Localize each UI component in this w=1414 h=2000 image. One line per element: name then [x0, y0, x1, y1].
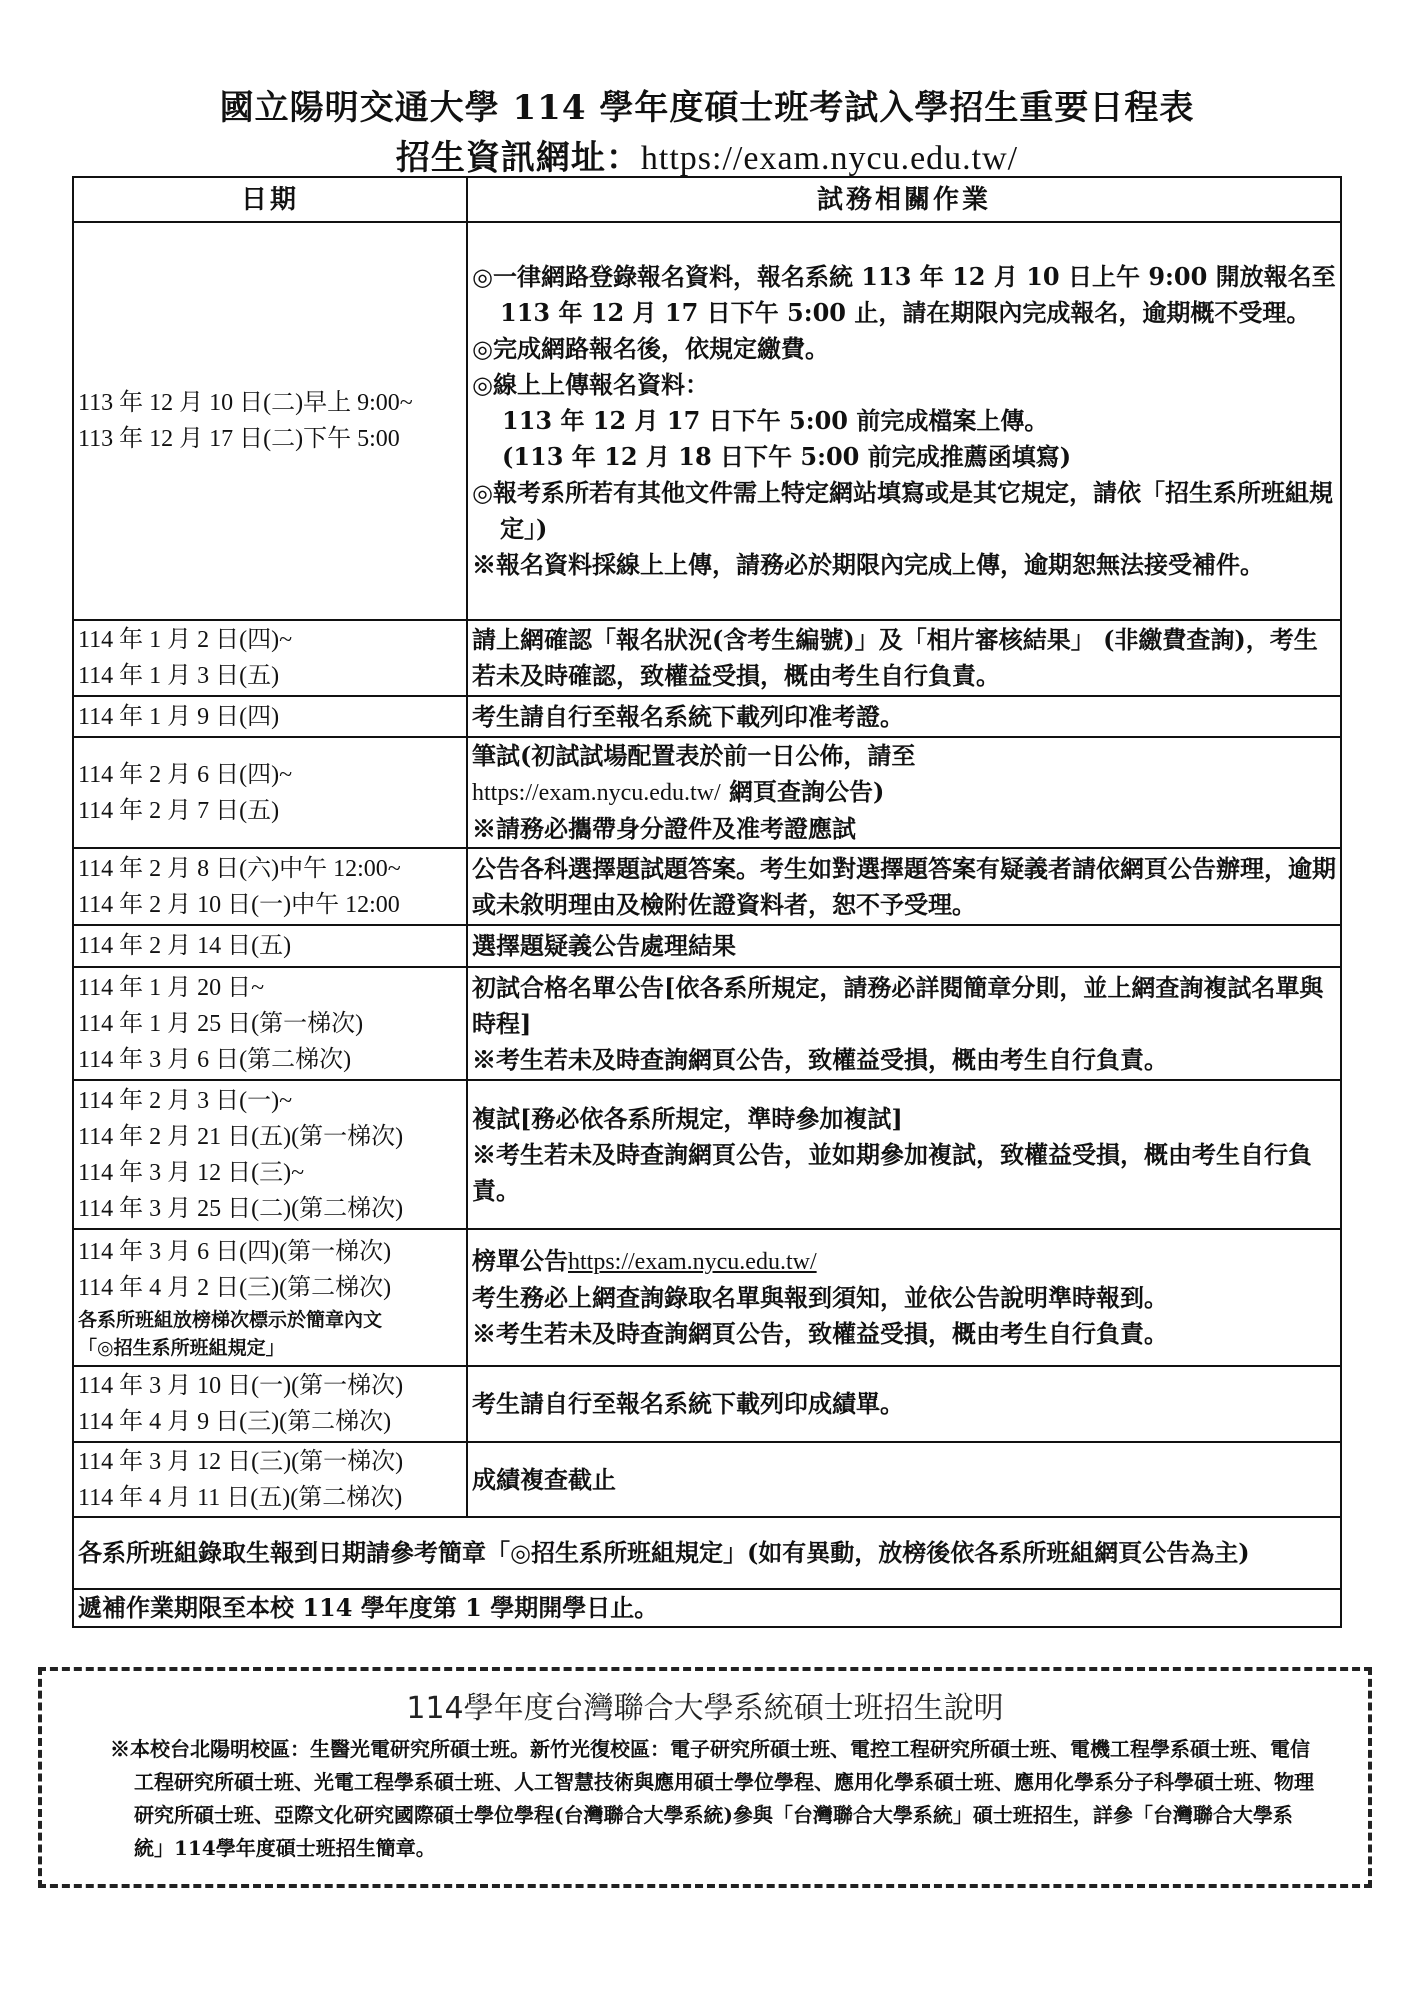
date-line: 114 年 1 月 3 日(五) — [78, 658, 462, 694]
date-cell: 113 年 12 月 10 日(二)早上 9:00~ 113 年 12 月 17… — [73, 222, 467, 620]
task-line: 考生請自行至報名系統下載列印准考證。 — [472, 699, 1336, 735]
task-line: 考生請自行至報名系統下載列印成績單。 — [472, 1386, 1336, 1422]
task-line: 網頁查詢公告) — [721, 777, 885, 806]
table-row: 114 年 2 月 6 日(四)~ 114 年 2 月 7 日(五) 筆試(初試… — [73, 737, 1341, 848]
subtitle-label: 招生資訊網址： — [396, 138, 641, 178]
task-cell: 榜單公告https://exam.nycu.edu.tw/ 考生務必上網查詢錄取… — [467, 1229, 1341, 1366]
date-line: 114 年 1 月 25 日(第一梯次) — [78, 1006, 462, 1042]
notice-title: 114學年度台灣聯合大學系統碩士班招生說明 — [42, 1683, 1368, 1727]
date-cell: 114 年 3 月 6 日(四)(第一梯次) 114 年 4 月 2 日(三)(… — [73, 1229, 467, 1366]
task-line: ◎線上上傳報名資料： — [472, 367, 1336, 403]
task-cell: 請上網確認「報名狀況(含考生編號)」及「相片審核結果」 (非繳費查詢)，考生若未… — [467, 620, 1341, 696]
date-line: 114 年 3 月 6 日(第二梯次) — [78, 1042, 462, 1078]
date-cell: 114 年 2 月 14 日(五) — [73, 925, 467, 967]
date-line: 114 年 2 月 7 日(五) — [78, 793, 462, 829]
date-cell: 114 年 2 月 3 日(一)~ 114 年 2 月 21 日(五)(第一梯次… — [73, 1080, 467, 1229]
task-line: 複試[務必依各系所規定，準時參加複試] — [472, 1101, 1336, 1137]
date-note: 「◎招生系所班組規定」 — [78, 1334, 462, 1362]
task-line: ※報名資料採線上上傳，請務必於期限內完成上傳，逾期恕無法接受補件。 — [472, 547, 1336, 583]
task-line: 初試合格名單公告[依各系所規定，請務必詳閱簡章分則，並上網查詢複試名單與時程] — [472, 970, 1336, 1042]
task-cell: 筆試(初試試場配置表於前一日公佈，請至 https://exam.nycu.ed… — [467, 737, 1341, 848]
task-line: 113 年 12 月 17 日下午 5:00 前完成檔案上傳。 — [472, 403, 1336, 439]
table-row: 114 年 3 月 10 日(一)(第一梯次) 114 年 4 月 9 日(三)… — [73, 1366, 1341, 1442]
task-cell: 複試[務必依各系所規定，準時參加複試] ※考生若未及時查詢網頁公告，並如期參加複… — [467, 1080, 1341, 1229]
task-line: ※考生若未及時查詢網頁公告，致權益受損，概由考生自行負責。 — [472, 1316, 1336, 1352]
table-row: 114 年 3 月 12 日(三)(第一梯次) 114 年 4 月 11 日(五… — [73, 1442, 1341, 1517]
task-line: 考生務必上網查詢錄取名單與報到須知，並依公告說明準時報到。 — [472, 1280, 1336, 1316]
date-note: 各系所班組放榜梯次標示於簡章內文 — [78, 1306, 462, 1334]
date-line: 114 年 3 月 12 日(三)(第一梯次) — [78, 1444, 462, 1480]
task-line: ※考生若未及時查詢網頁公告，並如期參加複試，致權益受損，概由考生自行負責。 — [472, 1137, 1336, 1209]
notice-body: ※本校台北陽明校區：生醫光電研究所碩士班。新竹光復校區：電子研究所碩士班、電控工… — [110, 1733, 1320, 1865]
task-cell: 考生請自行至報名系統下載列印准考證。 — [467, 696, 1341, 737]
column-header-tasks: 試務相關作業 — [467, 177, 1341, 222]
table-row: 遞補作業期限至本校 114 學年度第 1 學期開學日止。 — [73, 1589, 1341, 1627]
date-line: 114 年 1 月 20 日~ — [78, 970, 462, 1006]
date-cell: 114 年 1 月 2 日(四)~ 114 年 1 月 3 日(五) — [73, 620, 467, 696]
date-cell: 114 年 2 月 8 日(六)中午 12:00~ 114 年 2 月 10 日… — [73, 848, 467, 925]
admissions-url[interactable]: https://exam.nycu.edu.tw/ — [641, 140, 1018, 177]
table-row: 113 年 12 月 10 日(二)早上 9:00~ 113 年 12 月 17… — [73, 222, 1341, 620]
task-line: 榜單公告 — [472, 1246, 568, 1275]
schedule-table: 日期 試務相關作業 113 年 12 月 10 日(二)早上 9:00~ 113… — [72, 176, 1342, 1628]
date-line: 114 年 2 月 21 日(五)(第一梯次) — [78, 1119, 462, 1155]
table-row: 114 年 2 月 14 日(五) 選擇題疑義公告處理結果 — [73, 925, 1341, 967]
task-line: ※考生若未及時查詢網頁公告，致權益受損，概由考生自行負責。 — [472, 1042, 1336, 1078]
date-cell: 114 年 3 月 12 日(三)(第一梯次) 114 年 4 月 11 日(五… — [73, 1442, 467, 1517]
date-line: 114 年 3 月 6 日(四)(第一梯次) — [78, 1234, 462, 1270]
task-line: ◎一律網路登錄報名資料，報名系統 113 年 12 月 10 日上午 9:00 … — [472, 259, 1336, 331]
exam-url-link[interactable]: https://exam.nycu.edu.tw/ — [472, 780, 721, 806]
table-row: 114 年 1 月 2 日(四)~ 114 年 1 月 3 日(五) 請上網確認… — [73, 620, 1341, 696]
date-line: 114 年 1 月 9 日(四) — [78, 699, 462, 735]
table-row: 114 年 1 月 9 日(四) 考生請自行至報名系統下載列印准考證。 — [73, 696, 1341, 737]
table-row: 各系所班組錄取生報到日期請參考簡章「◎招生系所班組規定」(如有異動，放榜後依各系… — [73, 1517, 1341, 1589]
task-cell: 公告各科選擇題試題答案。考生如對選擇題答案有疑義者請依網頁公告辦理，逾期或未敘明… — [467, 848, 1341, 925]
date-line: 114 年 4 月 2 日(三)(第二梯次) — [78, 1270, 462, 1306]
results-url-link[interactable]: https://exam.nycu.edu.tw/ — [568, 1249, 817, 1275]
date-line: 113 年 12 月 10 日(二)早上 9:00~ — [78, 385, 462, 421]
task-line: 公告各科選擇題試題答案。考生如對選擇題答案有疑義者請依網頁公告辦理，逾期或未敘明… — [472, 851, 1336, 923]
date-line: 114 年 3 月 10 日(一)(第一梯次) — [78, 1368, 462, 1404]
date-line: 114 年 2 月 14 日(五) — [78, 928, 462, 964]
task-line: 選擇題疑義公告處理結果 — [472, 928, 1336, 964]
date-line: 114 年 2 月 3 日(一)~ — [78, 1083, 462, 1119]
page-subtitle: 招生資訊網址：https://exam.nycu.edu.tw/ — [0, 130, 1414, 179]
notice-box: 114學年度台灣聯合大學系統碩士班招生說明 ※本校台北陽明校區：生醫光電研究所碩… — [38, 1667, 1372, 1888]
task-cell: 考生請自行至報名系統下載列印成績單。 — [467, 1366, 1341, 1442]
date-line: 114 年 3 月 25 日(二)(第二梯次) — [78, 1191, 462, 1227]
date-line: 114 年 2 月 6 日(四)~ — [78, 757, 462, 793]
task-cell: ◎一律網路登錄報名資料，報名系統 113 年 12 月 10 日上午 9:00 … — [467, 222, 1341, 620]
date-cell: 114 年 1 月 20 日~ 114 年 1 月 25 日(第一梯次) 114… — [73, 967, 467, 1080]
date-line: 114 年 1 月 2 日(四)~ — [78, 622, 462, 658]
column-header-date: 日期 — [73, 177, 467, 222]
date-cell: 114 年 2 月 6 日(四)~ 114 年 2 月 7 日(五) — [73, 737, 467, 848]
date-line: 114 年 4 月 11 日(五)(第二梯次) — [78, 1480, 462, 1516]
table-row: 114 年 3 月 6 日(四)(第一梯次) 114 年 4 月 2 日(三)(… — [73, 1229, 1341, 1366]
table-header-row: 日期 試務相關作業 — [73, 177, 1341, 222]
date-line: 114 年 2 月 10 日(一)中午 12:00 — [78, 887, 462, 923]
date-line: 114 年 3 月 12 日(三)~ — [78, 1155, 462, 1191]
date-line: 114 年 2 月 8 日(六)中午 12:00~ — [78, 851, 462, 887]
date-line: 113 年 12 月 17 日(二)下午 5:00 — [78, 421, 462, 457]
task-cell: 成績複查截止 — [467, 1442, 1341, 1517]
date-cell: 114 年 3 月 10 日(一)(第一梯次) 114 年 4 月 9 日(三)… — [73, 1366, 467, 1442]
task-cell: 選擇題疑義公告處理結果 — [467, 925, 1341, 967]
table-row: 114 年 1 月 20 日~ 114 年 1 月 25 日(第一梯次) 114… — [73, 967, 1341, 1080]
task-line: 請上網確認「報名狀況(含考生編號)」及「相片審核結果」 (非繳費查詢)，考生若未… — [472, 622, 1336, 694]
date-cell: 114 年 1 月 9 日(四) — [73, 696, 467, 737]
page-title: 國立陽明交通大學 114 學年度碩士班考試入學招生重要日程表 — [0, 80, 1414, 129]
waitlist-note-cell: 遞補作業期限至本校 114 學年度第 1 學期開學日止。 — [73, 1589, 1341, 1627]
task-line: 筆試(初試試場配置表於前一日公佈，請至 — [472, 738, 1336, 774]
task-line: (113 年 12 月 18 日下午 5:00 前完成推薦函填寫) — [472, 439, 1336, 475]
task-line: ◎完成網路報名後，依規定繳費。 — [472, 331, 1336, 367]
task-line: 成績複查截止 — [472, 1462, 1336, 1498]
task-line: ◎報考系所若有其他文件需上特定網站填寫或是其它規定，請依「招生系所班組規定」) — [472, 475, 1336, 547]
task-line: ※請務必攜帶身分證件及准考證應試 — [472, 811, 1336, 847]
table-row: 114 年 2 月 3 日(一)~ 114 年 2 月 21 日(五)(第一梯次… — [73, 1080, 1341, 1229]
task-cell: 初試合格名單公告[依各系所規定，請務必詳閱簡章分則，並上網查詢複試名單與時程] … — [467, 967, 1341, 1080]
date-line: 114 年 4 月 9 日(三)(第二梯次) — [78, 1404, 462, 1440]
registration-note-cell: 各系所班組錄取生報到日期請參考簡章「◎招生系所班組規定」(如有異動，放榜後依各系… — [73, 1517, 1341, 1589]
table-row: 114 年 2 月 8 日(六)中午 12:00~ 114 年 2 月 10 日… — [73, 848, 1341, 925]
